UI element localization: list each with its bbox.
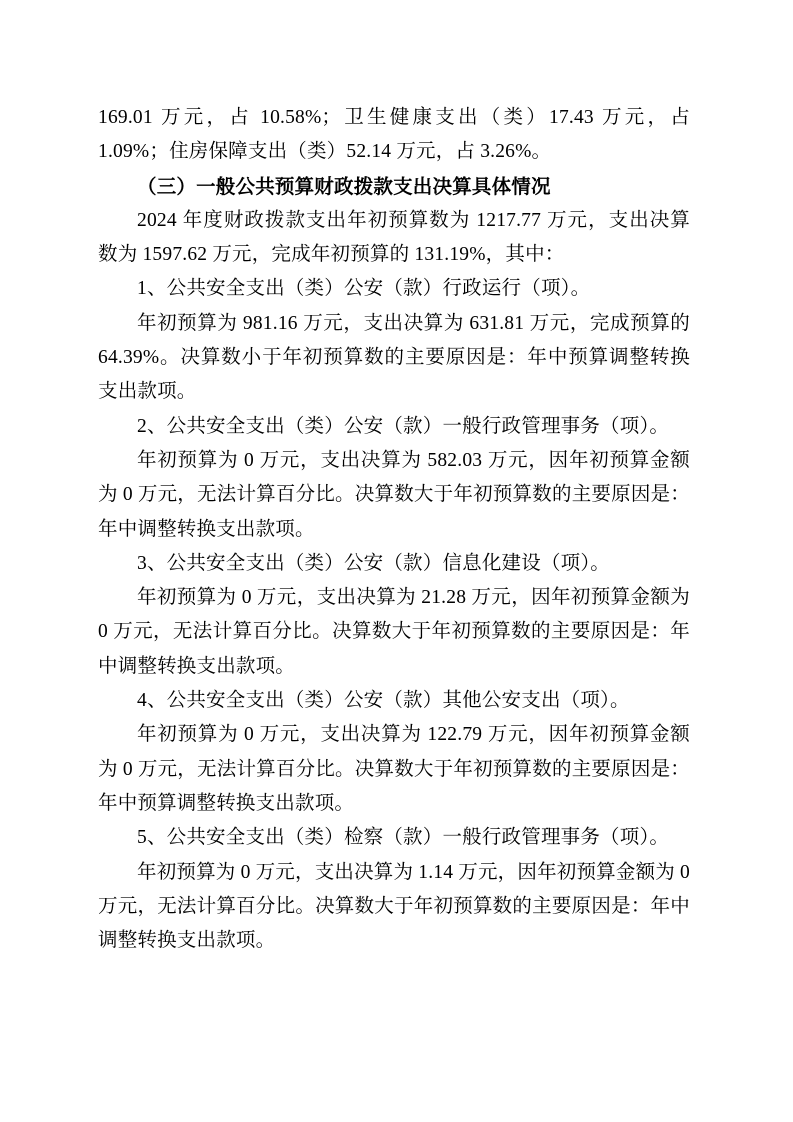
- item-3-title: 3、公共安全支出（类）公安（款）信息化建设（项）。: [98, 547, 690, 581]
- item-1-title: 1、公共安全支出（类）公安（款）行政运行（项）。: [98, 272, 690, 306]
- paragraph-carryover: 169.01 万元，占 10.58%；卫生健康支出（类）17.43 万元，占 1…: [98, 101, 690, 170]
- document-page: 169.01 万元，占 10.58%；卫生健康支出（类）17.43 万元，占 1…: [0, 0, 793, 1122]
- item-2-title: 2、公共安全支出（类）公安（款）一般行政管理事务（项）。: [98, 410, 690, 444]
- item-5-detail: 年初预算为 0 万元，支出决算为 1.14 万元，因年初预算金额为 0 万元，无…: [98, 856, 690, 959]
- section-heading: （三）一般公共预算财政拨款支出决算具体情况: [98, 170, 690, 204]
- item-3-detail: 年初预算为 0 万元，支出决算为 21.28 万元，因年初预算金额为 0 万元，…: [98, 581, 690, 684]
- paragraph-overview: 2024 年度财政拨款支出年初预算数为 1217.77 万元，支出决算数为 15…: [98, 204, 690, 273]
- item-1-detail: 年初预算为 981.16 万元，支出决算为 631.81 万元，完成预算的 64…: [98, 307, 690, 410]
- item-4-detail: 年初预算为 0 万元，支出决算为 122.79 万元，因年初预算金额为 0 万元…: [98, 718, 690, 821]
- item-4-title: 4、公共安全支出（类）公安（款）其他公安支出（项）。: [98, 684, 690, 718]
- item-5-title: 5、公共安全支出（类）检察（款）一般行政管理事务（项）。: [98, 821, 690, 855]
- item-2-detail: 年初预算为 0 万元，支出决算为 582.03 万元，因年初预算金额为 0 万元…: [98, 444, 690, 547]
